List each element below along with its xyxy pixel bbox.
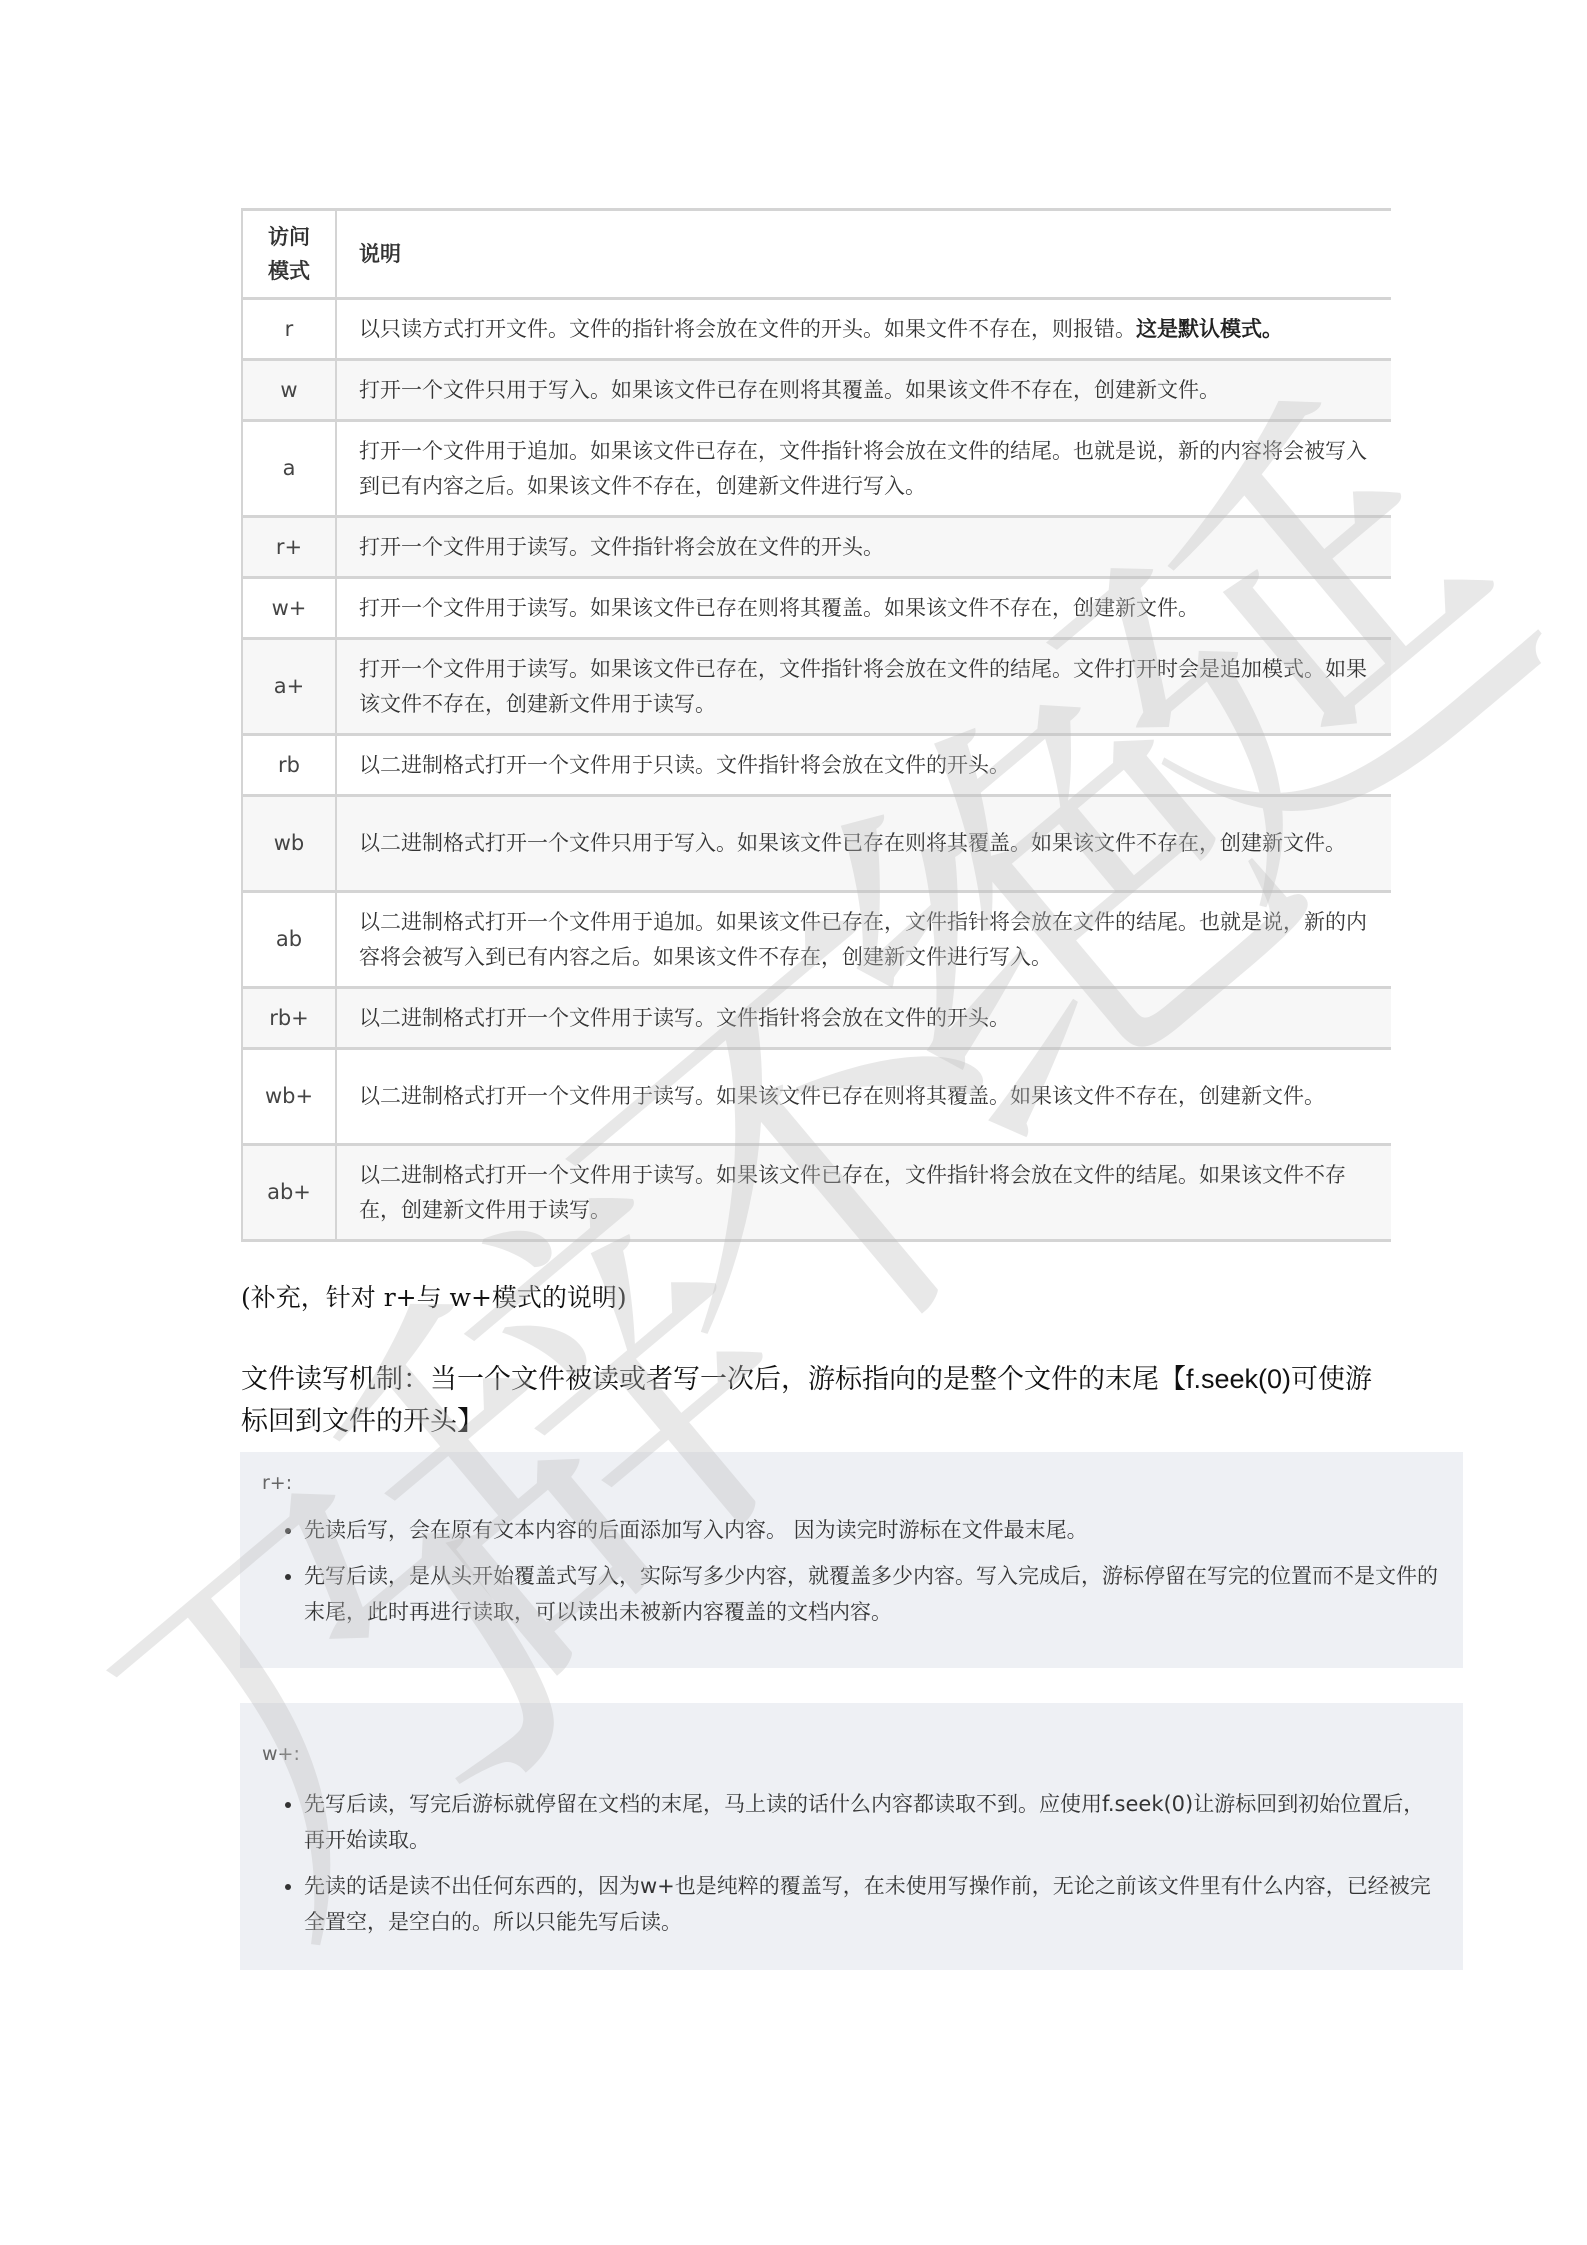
list-item: 先写后读，写完后游标就停留在文档的末尾，马上读的话什么内容都读取不到。应使用f.… [304, 1786, 1439, 1858]
desc-cell: 打开一个文件用于读写。文件指针将会放在文件的开头。 [336, 517, 1391, 578]
table-row: ab 以二进制格式打开一个文件用于追加。如果该文件已存在，文件指针将会放在文件的… [242, 892, 1391, 988]
header-description: 说明 [336, 210, 1391, 299]
table-row: wb+ 以二进制格式打开一个文件用于读写。如果该文件已存在则将其覆盖。如果该文件… [242, 1049, 1391, 1145]
desc-cell: 以二进制格式打开一个文件用于追加。如果该文件已存在，文件指针将会放在文件的结尾。… [336, 892, 1391, 988]
mechanism-text: 文件读写机制：当一个文件被读或者写一次后，游标指向的是整个文件的末尾【 [241, 1364, 1186, 1395]
header-mode-line1: 访问 [268, 225, 310, 249]
note-list: 先写后读，写完后游标就停留在文档的末尾，马上读的话什么内容都读取不到。应使用f.… [284, 1786, 1439, 1950]
desc-cell: 以只读方式打开文件。文件的指针将会放在文件的开头。如果文件不存在，则报错。这是默… [336, 299, 1391, 360]
table-row: r+ 打开一个文件用于读写。文件指针将会放在文件的开头。 [242, 517, 1391, 578]
table-row: a 打开一个文件用于追加。如果该文件已存在，文件指针将会放在文件的结尾。也就是说… [242, 421, 1391, 517]
mode-cell: ab [242, 892, 336, 988]
table-row: a+ 打开一个文件用于读写。如果该文件已存在，文件指针将会放在文件的结尾。文件打… [242, 639, 1391, 735]
desc-cell: 打开一个文件只用于写入。如果该文件已存在则将其覆盖。如果该文件不存在，创建新文件… [336, 360, 1391, 421]
access-mode-table-container: 访问模式 说明 r 以只读方式打开文件。文件的指针将会放在文件的开头。如果文件不… [241, 208, 1391, 1242]
desc-cell: 以二进制格式打开一个文件用于读写。如果该文件已存在，文件指针将会放在文件的结尾。… [336, 1145, 1391, 1241]
mode-cell: wb [242, 796, 336, 892]
desc-cell: 打开一个文件用于读写。如果该文件已存在则将其覆盖。如果该文件不存在，创建新文件。 [336, 578, 1391, 639]
mode-cell: r [242, 299, 336, 360]
mode-cell: w [242, 360, 336, 421]
note-block-r-plus: r+: 先读后写，会在原有文本内容的后面添加写入内容。 因为读完时游标在文件最末… [240, 1452, 1463, 1668]
access-mode-table: 访问模式 说明 r 以只读方式打开文件。文件的指针将会放在文件的开头。如果文件不… [241, 208, 1391, 1242]
read-write-mechanism-paragraph: 文件读写机制：当一个文件被读或者写一次后，游标指向的是整个文件的末尾【f.see… [241, 1358, 1391, 1443]
table-row: rb 以二进制格式打开一个文件用于只读。文件指针将会放在文件的开头。 [242, 735, 1391, 796]
mode-cell: wb+ [242, 1049, 336, 1145]
note-label: r+: [262, 1472, 292, 1494]
list-item: 先写后读，是从头开始覆盖式写入，实际写多少内容，就覆盖多少内容。写入完成后，游标… [304, 1558, 1439, 1630]
table-row: w 打开一个文件只用于写入。如果该文件已存在则将其覆盖。如果该文件不存在，创建新… [242, 360, 1391, 421]
table-row: rb+ 以二进制格式打开一个文件用于读写。文件指针将会放在文件的开头。 [242, 988, 1391, 1049]
mode-cell: rb+ [242, 988, 336, 1049]
desc-cell: 以二进制格式打开一个文件用于只读。文件指针将会放在文件的开头。 [336, 735, 1391, 796]
mode-cell: a+ [242, 639, 336, 735]
default-mode-emphasis: 这是默认模式。 [1136, 317, 1283, 341]
desc-cell: 打开一个文件用于读写。如果该文件已存在，文件指针将会放在文件的结尾。文件打开时会… [336, 639, 1391, 735]
table-row: w+ 打开一个文件用于读写。如果该文件已存在则将其覆盖。如果该文件不存在，创建新… [242, 578, 1391, 639]
desc-cell: 以二进制格式打开一个文件用于读写。文件指针将会放在文件的开头。 [336, 988, 1391, 1049]
mode-cell: a [242, 421, 336, 517]
mode-cell: w+ [242, 578, 336, 639]
list-item: 先读后写，会在原有文本内容的后面添加写入内容。 因为读完时游标在文件最末尾。 [304, 1512, 1439, 1548]
table-row: wb 以二进制格式打开一个文件只用于写入。如果该文件已存在则将其覆盖。如果该文件… [242, 796, 1391, 892]
note-label: w+: [262, 1743, 300, 1765]
table-header-row: 访问模式 说明 [242, 210, 1391, 299]
list-item: 先读的话是读不出任何东西的，因为w+也是纯粹的覆盖写，在未使用写操作前，无论之前… [304, 1868, 1439, 1940]
mode-cell: ab+ [242, 1145, 336, 1241]
note-block-w-plus: w+: 先写后读，写完后游标就停留在文档的末尾，马上读的话什么内容都读取不到。应… [240, 1703, 1463, 1970]
desc-cell: 以二进制格式打开一个文件用于读写。如果该文件已存在则将其覆盖。如果该文件不存在，… [336, 1049, 1391, 1145]
supplement-note: (补充，针对 r+与 w+模式的说明) [241, 1278, 627, 1318]
desc-cell: 以二进制格式打开一个文件只用于写入。如果该文件已存在则将其覆盖。如果该文件不存在… [336, 796, 1391, 892]
header-mode-line2: 模式 [268, 259, 310, 283]
seek-code: f.seek(0) [1186, 1364, 1291, 1394]
header-access-mode: 访问模式 [242, 210, 336, 299]
mode-cell: r+ [242, 517, 336, 578]
mode-cell: rb [242, 735, 336, 796]
note-list: 先读后写，会在原有文本内容的后面添加写入内容。 因为读完时游标在文件最末尾。 先… [284, 1512, 1439, 1640]
table-row: r 以只读方式打开文件。文件的指针将会放在文件的开头。如果文件不存在，则报错。这… [242, 299, 1391, 360]
desc-cell: 打开一个文件用于追加。如果该文件已存在，文件指针将会放在文件的结尾。也就是说，新… [336, 421, 1391, 517]
table-row: ab+ 以二进制格式打开一个文件用于读写。如果该文件已存在，文件指针将会放在文件… [242, 1145, 1391, 1241]
desc-text: 以只读方式打开文件。文件的指针将会放在文件的开头。如果文件不存在，则报错。 [359, 317, 1136, 341]
